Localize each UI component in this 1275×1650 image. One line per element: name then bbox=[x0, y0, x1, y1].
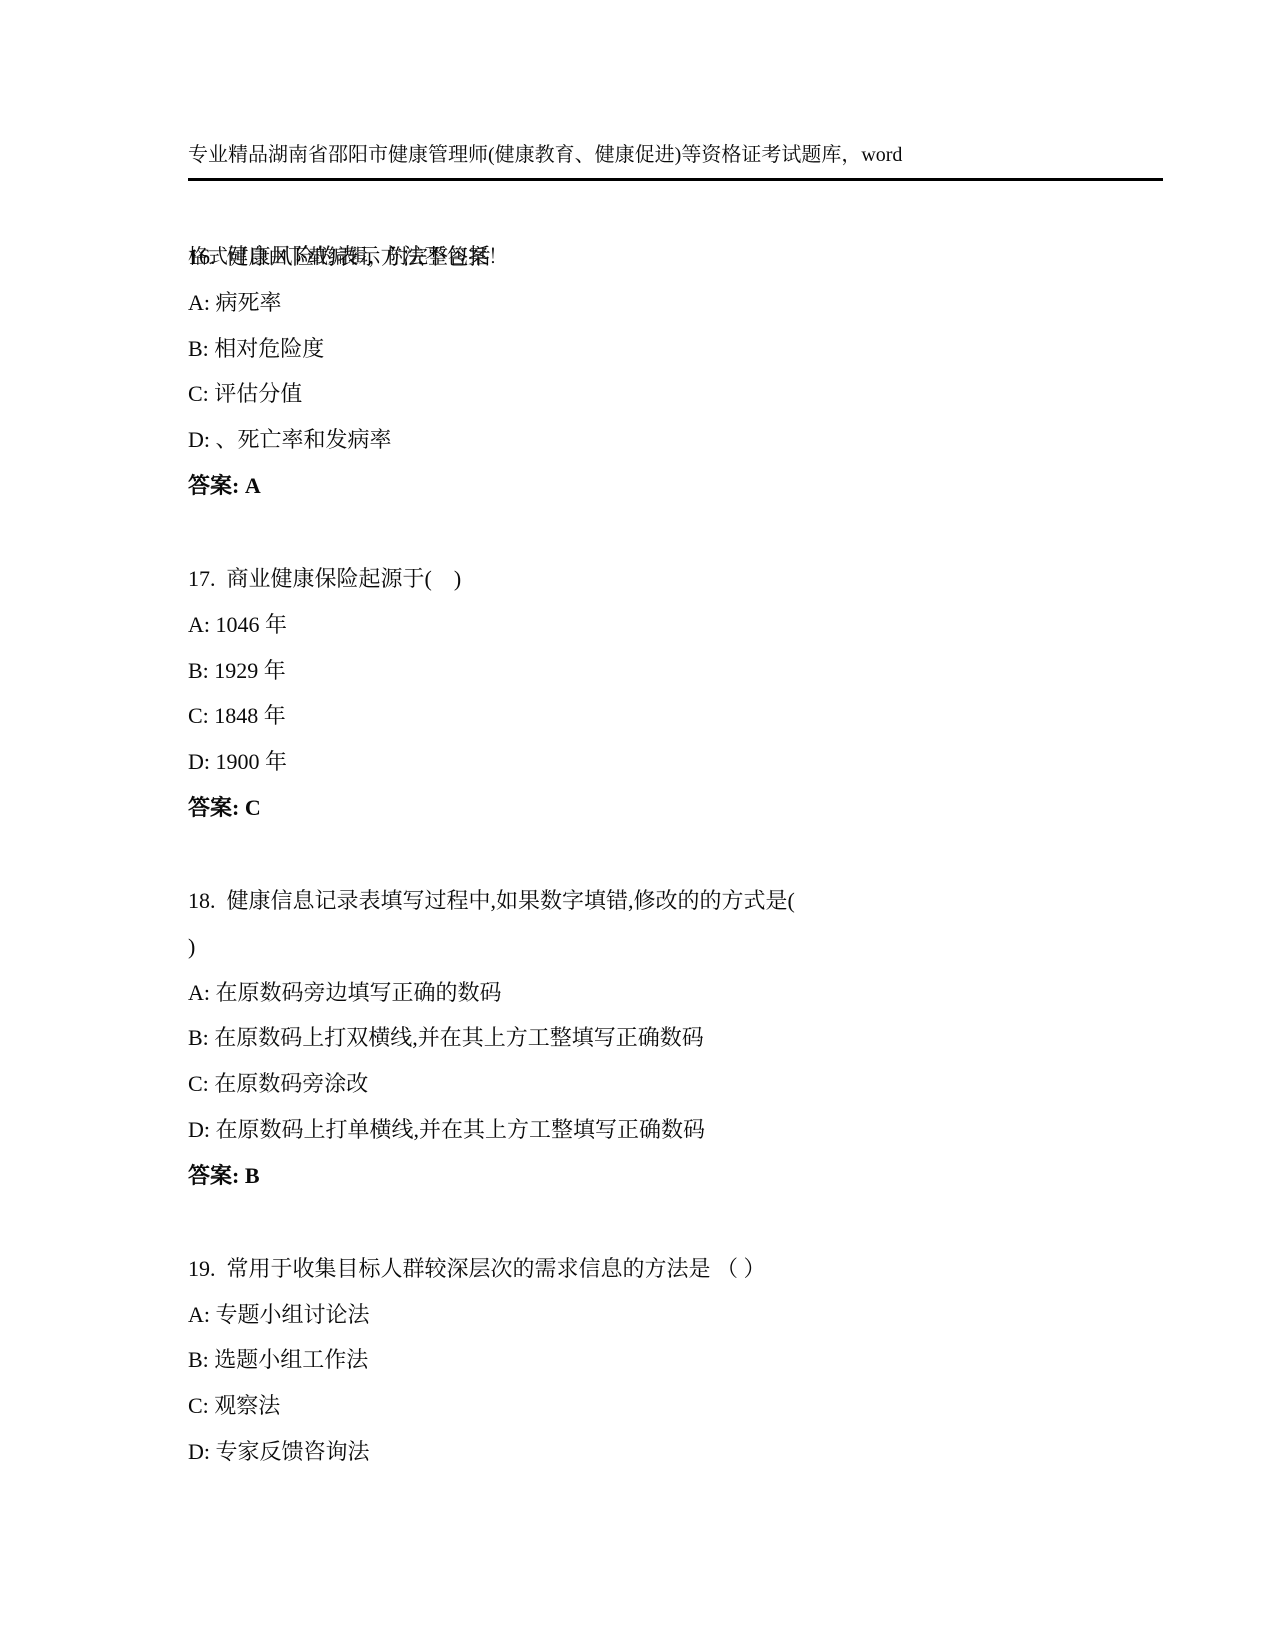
header-line-1: 专业精品湖南省邵阳市健康管理师(健康教育、健康促进)等资格证考试题库，word bbox=[188, 138, 1168, 172]
question-18-option-c: C: 在原数码旁涂改 bbox=[188, 1061, 1173, 1107]
question-16-option-b: B: 相对危险度 bbox=[188, 326, 1173, 372]
question-19: 19. 常用于收集目标人群较深层次的需求信息的方法是 （ ） A: 专题小组讨论… bbox=[188, 1246, 1173, 1475]
question-16-answer: 答案: A bbox=[188, 463, 1173, 509]
question-19-option-c: C: 观察法 bbox=[188, 1383, 1173, 1429]
question-19-option-a: A: 专题小组讨论法 bbox=[188, 1292, 1173, 1338]
question-18-answer: 答案: B bbox=[188, 1153, 1173, 1199]
document-page: 专业精品湖南省邵阳市健康管理师(健康教育、健康促进)等资格证考试题库，word … bbox=[0, 0, 1275, 1650]
double-rule-divider bbox=[188, 178, 1163, 181]
question-17-answer: 答案: C bbox=[188, 785, 1173, 831]
question-16-option-a: A: 病死率 bbox=[188, 280, 1173, 326]
question-19-option-d: D: 专家反馈咨询法 bbox=[188, 1429, 1173, 1475]
questions-content: 16. 健康风险的表示方法不包括 A: 病死率 B: 相对危险度 C: 评估分值… bbox=[188, 234, 1173, 1522]
question-18-stem-line-2: ) bbox=[188, 924, 1173, 970]
question-17: 17. 商业健康保险起源于( ) A: 1046 年 B: 1929 年 C: … bbox=[188, 556, 1173, 831]
question-19-stem: 19. 常用于收集目标人群较深层次的需求信息的方法是 （ ） bbox=[188, 1246, 1173, 1292]
question-16: 16. 健康风险的表示方法不包括 A: 病死率 B: 相对危险度 C: 评估分值… bbox=[188, 234, 1173, 509]
question-17-option-d: D: 1900 年 bbox=[188, 739, 1173, 785]
question-18-option-d: D: 在原数码上打单横线,并在其上方工整填写正确数码 bbox=[188, 1107, 1173, 1153]
question-17-option-c: C: 1848 年 bbox=[188, 693, 1173, 739]
question-17-option-a: A: 1046 年 bbox=[188, 602, 1173, 648]
question-18-option-b: B: 在原数码上打双横线,并在其上方工整填写正确数码 bbox=[188, 1015, 1173, 1061]
question-18: 18. 健康信息记录表填写过程中,如果数字填错,修改的的方式是( ) A: 在原… bbox=[188, 878, 1173, 1199]
question-16-option-c: C: 评估分值 bbox=[188, 371, 1173, 417]
question-18-option-a: A: 在原数码旁边填写正确的数码 bbox=[188, 970, 1173, 1016]
question-19-option-b: B: 选题小组工作法 bbox=[188, 1337, 1173, 1383]
question-16-option-d: D: 、死亡率和发病率 bbox=[188, 417, 1173, 463]
question-17-stem: 17. 商业健康保险起源于( ) bbox=[188, 556, 1173, 602]
question-18-stem-line-1: 18. 健康信息记录表填写过程中,如果数字填错,修改的的方式是( bbox=[188, 878, 1173, 924]
question-16-stem: 16. 健康风险的表示方法不包括 bbox=[188, 234, 1173, 280]
question-17-option-b: B: 1929 年 bbox=[188, 648, 1173, 694]
